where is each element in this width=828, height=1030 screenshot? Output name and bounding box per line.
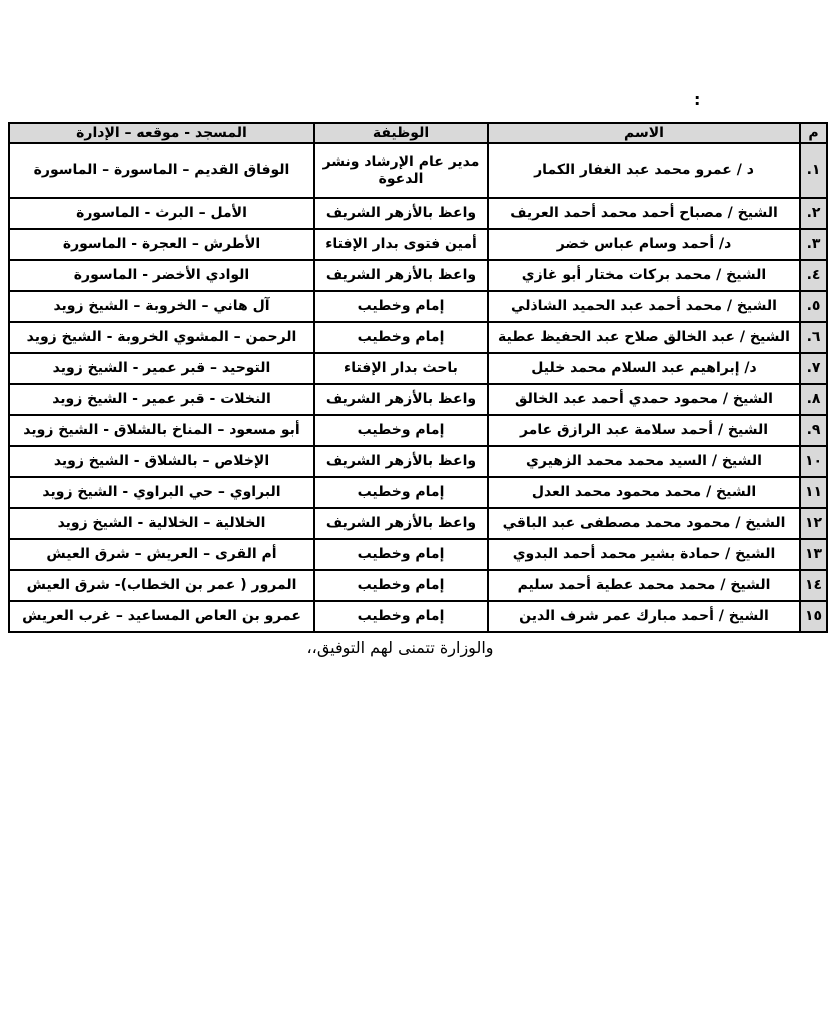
row-name-cell: الشيخ / حمادة بشير محمد أحمد البدوي xyxy=(488,539,800,570)
row-number-cell: ١٥ xyxy=(800,601,827,632)
row-name-cell: د/ أحمد وسام عباس خضر xyxy=(488,229,800,260)
row-name-cell: الشيخ / محمد محمود محمد العدل xyxy=(488,477,800,508)
table-row: ١٠الشيخ / السيد محمد محمد الزهيريواعظ با… xyxy=(9,446,827,477)
row-mosque-cell: الإخلاص – بالشلاق - الشيخ زويد xyxy=(9,446,314,477)
row-mosque-cell: عمرو بن العاص المساعيد – غرب العريش xyxy=(9,601,314,632)
top-colon-text: : xyxy=(694,90,700,109)
row-mosque-cell: آل هاني – الخروبة – الشيخ زويد xyxy=(9,291,314,322)
row-name-cell: الشيخ / محمود محمد مصطفى عبد الباقي xyxy=(488,508,800,539)
row-name-cell: الشيخ / أحمد مبارك عمر شرف الدين xyxy=(488,601,800,632)
row-job-cell: واعظ بالأزهر الشريف xyxy=(314,198,488,229)
row-name-cell: الشيخ / محمد أحمد عبد الحميد الشاذلي xyxy=(488,291,800,322)
row-name-cell: الشيخ / السيد محمد محمد الزهيري xyxy=(488,446,800,477)
row-number-cell: ١٤ xyxy=(800,570,827,601)
row-name-cell: الشيخ / محمد محمد عطية أحمد سليم xyxy=(488,570,800,601)
row-number-cell: ١١ xyxy=(800,477,827,508)
row-number-cell: ٦. xyxy=(800,322,827,353)
row-number-cell: ٨. xyxy=(800,384,827,415)
row-mosque-cell: أبو مسعود – المناخ بالشلاق - الشيخ زويد xyxy=(9,415,314,446)
row-job-cell: إمام وخطيب xyxy=(314,415,488,446)
table-row: ٤.الشيخ / محمد بركات مختار أبو غازيواعظ … xyxy=(9,260,827,291)
table-row: ٧.د/ إبراهيم عبد السلام محمد خليلباحث بد… xyxy=(9,353,827,384)
row-number-cell: ١٢ xyxy=(800,508,827,539)
row-number-cell: ٢. xyxy=(800,198,827,229)
table-row: ١١الشيخ / محمد محمود محمد العدلإمام وخطي… xyxy=(9,477,827,508)
table-row: ٥.الشيخ / محمد أحمد عبد الحميد الشاذليإم… xyxy=(9,291,827,322)
row-number-cell: ١٠ xyxy=(800,446,827,477)
row-mosque-cell: أم القرى – العريش – شرق العيش xyxy=(9,539,314,570)
row-name-cell: الشيخ / محمود حمدي أحمد عبد الخالق xyxy=(488,384,800,415)
table-row: ١.د / عمرو محمد عبد الغفار الكمارمدير عا… xyxy=(9,143,827,198)
header-number-column: م xyxy=(800,123,827,143)
table-row: ١٥الشيخ / أحمد مبارك عمر شرف الدينإمام و… xyxy=(9,601,827,632)
closing-wish-text: والوزارة تتمنى لهم التوفيق،، xyxy=(0,638,800,657)
row-mosque-cell: التوحيد – قبر عمير - الشيخ زويد xyxy=(9,353,314,384)
row-number-cell: ٩. xyxy=(800,415,827,446)
row-job-cell: واعظ بالأزهر الشريف xyxy=(314,260,488,291)
row-job-cell: إمام وخطيب xyxy=(314,477,488,508)
row-name-cell: الشيخ / محمد بركات مختار أبو غازي xyxy=(488,260,800,291)
table-row: ١٤الشيخ / محمد محمد عطية أحمد سليمإمام و… xyxy=(9,570,827,601)
row-name-cell: د/ إبراهيم عبد السلام محمد خليل xyxy=(488,353,800,384)
row-name-cell: الشيخ / مصباح أحمد محمد أحمد العريف xyxy=(488,198,800,229)
row-name-cell: د / عمرو محمد عبد الغفار الكمار xyxy=(488,143,800,198)
row-job-cell: واعظ بالأزهر الشريف xyxy=(314,508,488,539)
row-mosque-cell: الأمل – البرث - الماسورة xyxy=(9,198,314,229)
row-mosque-cell: البراوي – حي البراوي - الشيخ زويد xyxy=(9,477,314,508)
row-number-cell: ٣. xyxy=(800,229,827,260)
row-mosque-cell: المرور ( عمر بن الخطاب)- شرق العيش xyxy=(9,570,314,601)
row-number-cell: ٧. xyxy=(800,353,827,384)
row-mosque-cell: النخلات - قبر عمير - الشيخ زويد xyxy=(9,384,314,415)
row-job-cell: مدير عام الإرشاد ونشر الدعوة xyxy=(314,143,488,198)
header-job-column: الوظيفة xyxy=(314,123,488,143)
imams-assignment-table: م الاسم الوظيفة المسجد - موقعه – الإدارة… xyxy=(8,122,828,633)
header-name-column: الاسم xyxy=(488,123,800,143)
table-row: ١٣الشيخ / حمادة بشير محمد أحمد البدويإما… xyxy=(9,539,827,570)
row-number-cell: ١. xyxy=(800,143,827,198)
row-number-cell: ١٣ xyxy=(800,539,827,570)
table-row: ٨.الشيخ / محمود حمدي أحمد عبد الخالقواعظ… xyxy=(9,384,827,415)
row-name-cell: الشيخ / عبد الخالق صلاح عبد الحفيظ عطية xyxy=(488,322,800,353)
table-header-row: م الاسم الوظيفة المسجد - موقعه – الإدارة xyxy=(9,123,827,143)
row-job-cell: إمام وخطيب xyxy=(314,570,488,601)
header-mosque-column: المسجد - موقعه – الإدارة xyxy=(9,123,314,143)
row-job-cell: إمام وخطيب xyxy=(314,291,488,322)
table-row: ٣.د/ أحمد وسام عباس خضرأمين فتوى بدار ال… xyxy=(9,229,827,260)
table-row: ١٢الشيخ / محمود محمد مصطفى عبد الباقيواع… xyxy=(9,508,827,539)
row-job-cell: إمام وخطيب xyxy=(314,601,488,632)
row-mosque-cell: الوفاق القديم – الماسورة – الماسورة xyxy=(9,143,314,198)
row-number-cell: ٤. xyxy=(800,260,827,291)
row-job-cell: باحث بدار الإفتاء xyxy=(314,353,488,384)
row-job-cell: واعظ بالأزهر الشريف xyxy=(314,446,488,477)
row-job-cell: إمام وخطيب xyxy=(314,539,488,570)
row-job-cell: أمين فتوى بدار الإفتاء xyxy=(314,229,488,260)
row-job-cell: واعظ بالأزهر الشريف xyxy=(314,384,488,415)
table-row: ٦.الشيخ / عبد الخالق صلاح عبد الحفيظ عطي… xyxy=(9,322,827,353)
row-number-cell: ٥. xyxy=(800,291,827,322)
table-body: ١.د / عمرو محمد عبد الغفار الكمارمدير عا… xyxy=(9,143,827,632)
row-job-cell: إمام وخطيب xyxy=(314,322,488,353)
row-mosque-cell: الوادي الأخضر - الماسورة xyxy=(9,260,314,291)
row-mosque-cell: الأطرش – العجرة - الماسورة xyxy=(9,229,314,260)
table-row: ٢.الشيخ / مصباح أحمد محمد أحمد العريفواع… xyxy=(9,198,827,229)
row-mosque-cell: الخلالية – الخلالية - الشيخ زويد xyxy=(9,508,314,539)
row-mosque-cell: الرحمن – المشوي الخروبة - الشيخ زويد xyxy=(9,322,314,353)
table-row: ٩.الشيخ / أحمد سلامة عبد الرازق عامرإمام… xyxy=(9,415,827,446)
row-name-cell: الشيخ / أحمد سلامة عبد الرازق عامر xyxy=(488,415,800,446)
